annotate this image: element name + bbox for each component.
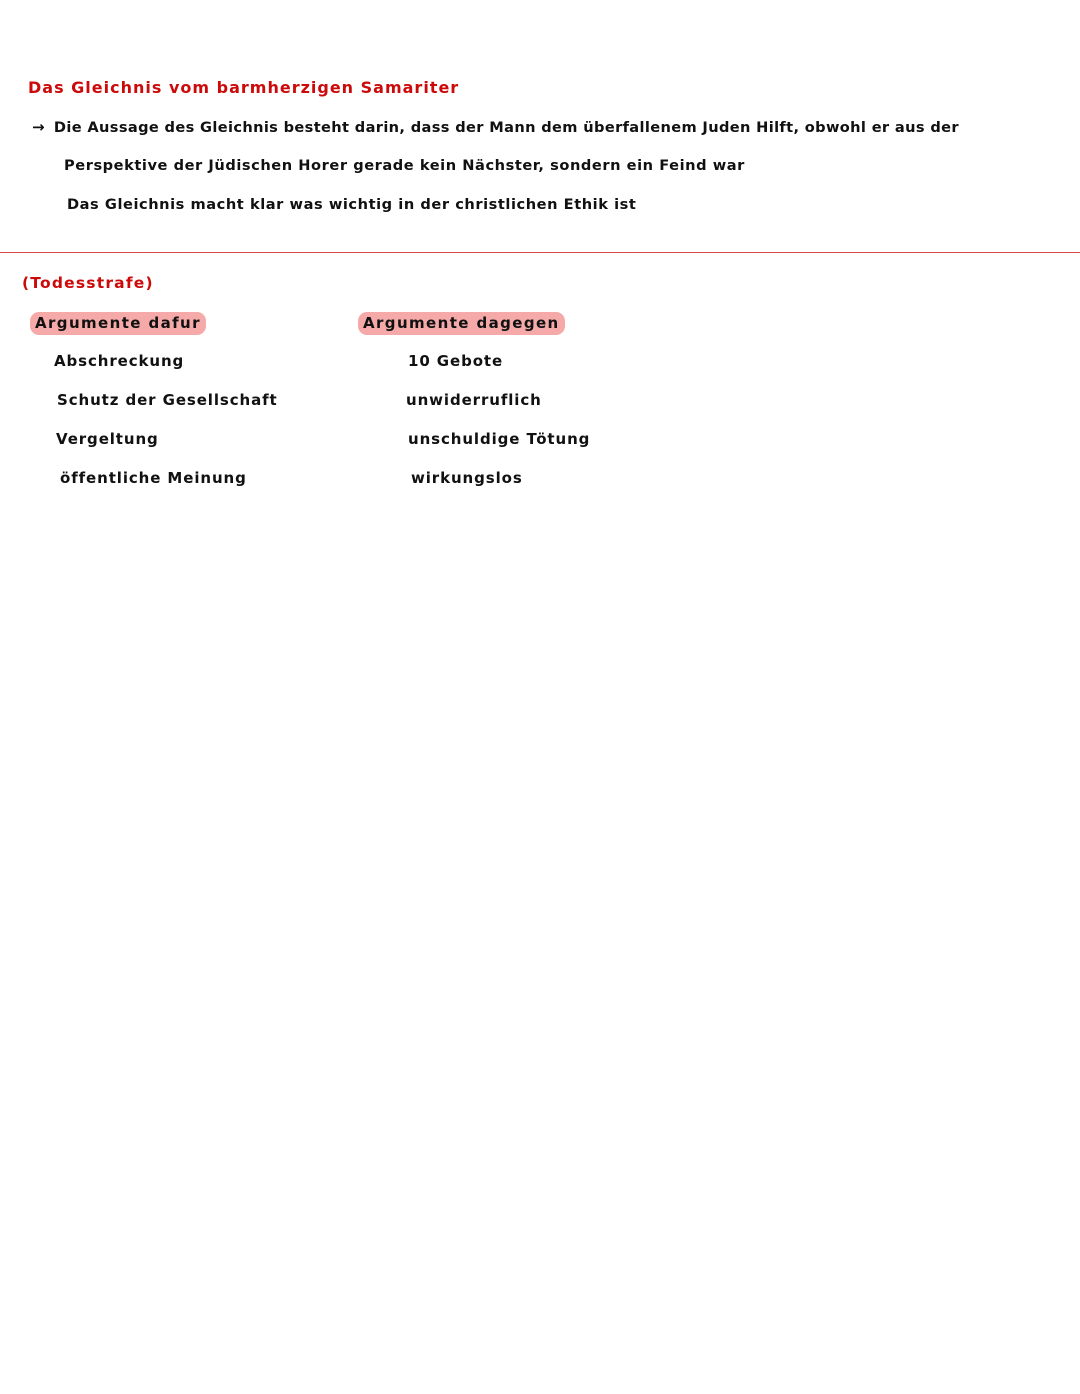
- argument-for-item: Abschreckung: [54, 351, 184, 371]
- parable-statement-line-1: →Die Aussage des Gleichnis besteht darin…: [32, 117, 959, 138]
- arrow-right-icon: →: [32, 117, 45, 137]
- argument-against-item: unschuldige Tötung: [408, 429, 590, 449]
- parable-line-text: Die Aussage des Gleichnis besteht darin,…: [54, 119, 959, 136]
- argument-for-item: Vergeltung: [56, 429, 159, 449]
- argument-against-item: wirkungslos: [411, 468, 523, 488]
- argument-for-item: Schutz der Gesellschaft: [57, 390, 278, 410]
- argument-for-item: öffentliche Meinung: [60, 468, 247, 488]
- arguments-for-header: Argumente dafur: [30, 312, 206, 335]
- parable-statement-line-2: Perspektive der Jüdischen Horer gerade k…: [64, 156, 745, 176]
- argument-against-item: unwiderruflich: [406, 390, 542, 410]
- section-divider: [0, 252, 1080, 253]
- death-penalty-heading: (Todesstrafe): [22, 273, 154, 293]
- parable-title: Das Gleichnis vom barmherzigen Samariter: [28, 78, 459, 98]
- arguments-against-header: Argumente dagegen: [358, 312, 565, 335]
- argument-against-item: 10 Gebote: [408, 351, 503, 371]
- parable-statement-line-3: Das Gleichnis macht klar was wichtig in …: [67, 195, 636, 215]
